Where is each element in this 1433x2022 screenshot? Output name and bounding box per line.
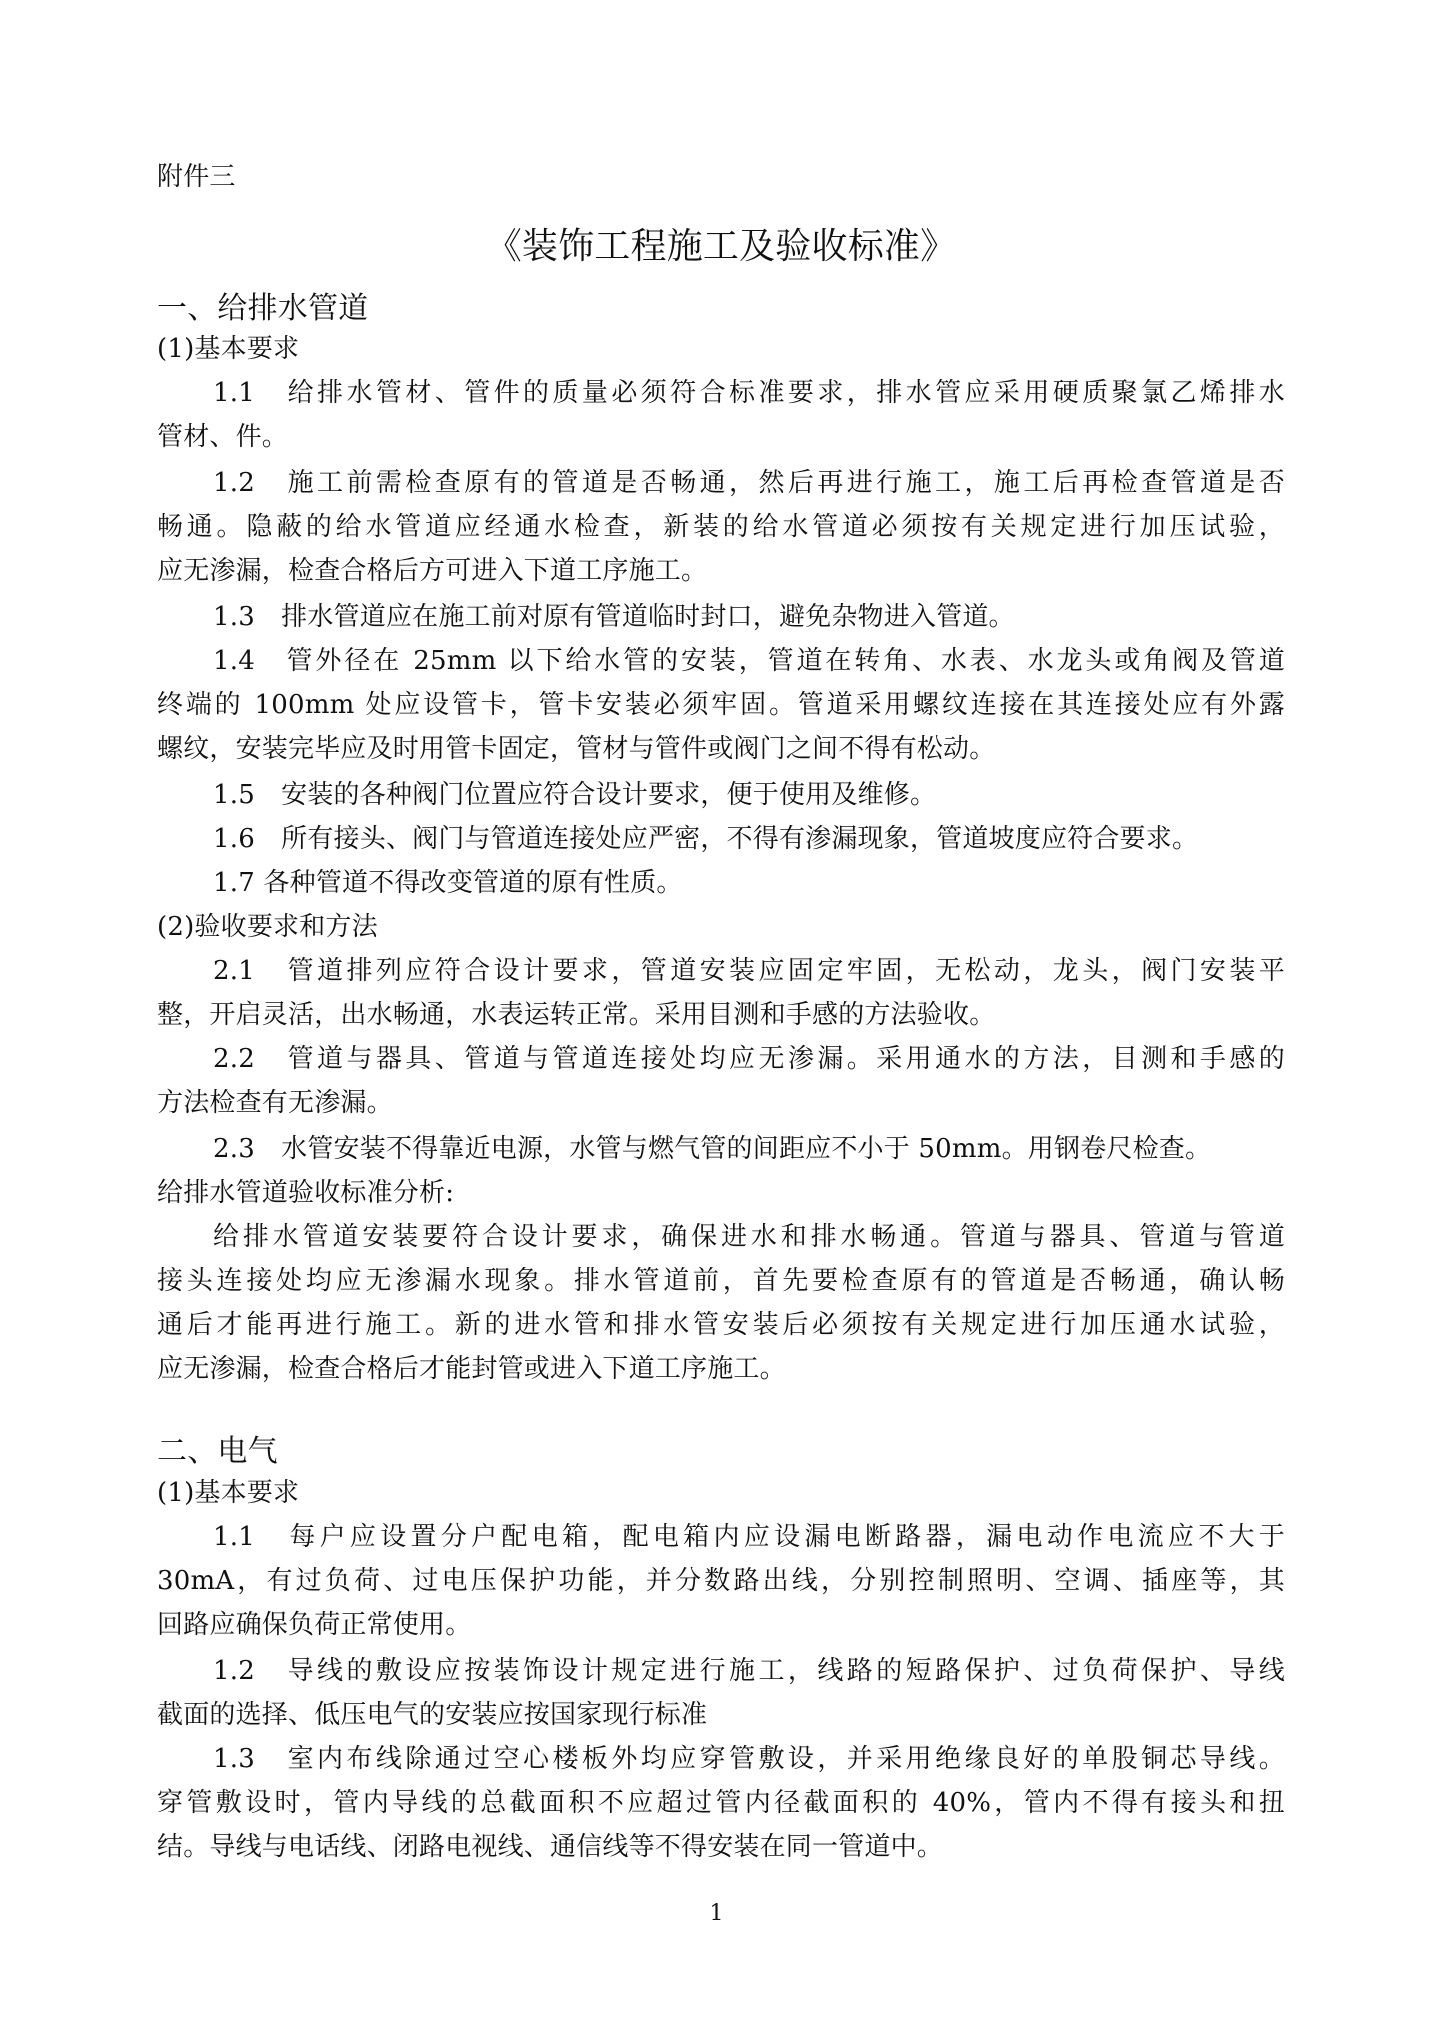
clause-line: 1.2 导线的敷设应按装饰设计规定进行施工，线路的短路保护、过负荷保护、导线	[213, 1654, 1285, 1688]
clause-line: 回路应确保负荷正常使用。	[157, 1608, 471, 1642]
clause-line: 管材、件。	[157, 420, 288, 454]
clause-line: 1.3 室内布线除通过空心楼板外均应穿管敷设，并采用绝缘良好的单股铜芯导线。	[213, 1742, 1285, 1776]
document-page: 附件三 《装饰工程施工及验收标准》 一、给排水管道 (1)基本要求 1.1 给排…	[0, 0, 1433, 2022]
clause-line: 螺纹，安装完毕应及时用管卡固定，管材与管件或阀门之间不得有松动。	[157, 732, 995, 766]
clause-line: 终端的 100mm 处应设管卡，管卡安装必须牢固。管道采用螺纹连接在其连接处应有…	[157, 688, 1285, 722]
clause-line: 1.6 所有接头、阀门与管道连接处应严密，不得有渗漏现象，管道坡度应符合要求。	[213, 822, 1198, 856]
attachment-label: 附件三	[157, 160, 236, 194]
clause-line: 1.7 各种管道不得改变管道的原有性质。	[213, 866, 683, 900]
clause-line: 30mA，有过负荷、过电压保护功能，并分数路出线，分别控制照明、空调、插座等，其	[157, 1564, 1285, 1598]
clause-line: 1.4 管外径在 25mm 以下给水管的安装，管道在转角、水表、水龙头或角阀及管…	[213, 644, 1285, 678]
clause-line: 应无渗漏，检查合格后方可进入下道工序施工。	[157, 554, 707, 588]
clause-line: 结。导线与电话线、闭路电视线、通信线等不得安装在同一管道中。	[157, 1830, 943, 1864]
subsection-heading-basic-requirements: (1)基本要求	[157, 332, 299, 366]
clause-line: 1.1 每户应设置分户配电箱，配电箱内应设漏电断路器，漏电动作电流应不大于	[213, 1520, 1285, 1554]
analysis-line: 给排水管道安装要符合设计要求，确保进水和排水畅通。管道与器具、管道与管道	[213, 1220, 1285, 1254]
analysis-line: 应无渗漏，检查合格后才能封管或进入下道工序施工。	[157, 1352, 786, 1386]
clause-line: 穿管敷设时，管内导线的总截面积不应超过管内径截面积的 40%，管内不得有接头和扭	[157, 1786, 1285, 1820]
analysis-heading: 给排水管道验收标准分析:	[157, 1176, 454, 1210]
clause-line: 2.3 水管安装不得靠近电源，水管与燃气管的间距应不小于 50mm。用钢卷尺检查…	[213, 1132, 1211, 1166]
clause-line: 1.2 施工前需检查原有的管道是否畅通，然后再进行施工，施工后再检查管道是否	[213, 466, 1285, 500]
section-heading-plumbing: 一、给排水管道	[157, 290, 368, 328]
subsection-heading-acceptance: (2)验收要求和方法	[157, 910, 378, 944]
clause-line: 方法检查有无渗漏。	[157, 1086, 393, 1120]
clause-line: 2.1 管道排列应符合设计要求，管道安装应固定牢固，无松动，龙头，阀门安装平	[213, 954, 1285, 988]
clause-line: 2.2 管道与器具、管道与管道连接处均应无渗漏。采用通水的方法，目测和手感的	[213, 1042, 1285, 1076]
clause-line: 截面的选择、低压电气的安装应按国家现行标准	[157, 1698, 707, 1732]
subsection-heading-basic-requirements: (1)基本要求	[157, 1476, 299, 1510]
clause-line: 1.5 安装的各种阀门位置应符合设计要求，便于使用及维修。	[213, 778, 936, 812]
page-number: 1	[0, 1900, 1433, 1928]
document-title: 《装饰工程施工及验收标准》	[157, 225, 1285, 269]
clause-line: 整，开启灵活，出水畅通，水表运转正常。采用目测和手感的方法验收。	[157, 998, 995, 1032]
clause-line: 畅通。隐蔽的给水管道应经通水检查，新装的给水管道必须按有关规定进行加压试验，	[157, 510, 1285, 544]
clause-line: 1.3 排水管道应在施工前对原有管道临时封口，避免杂物进入管道。	[213, 600, 1015, 634]
analysis-line: 接头连接处均应无渗漏水现象。排水管道前，首先要检查原有的管道是否畅通，确认畅	[157, 1264, 1285, 1298]
analysis-line: 通后才能再进行施工。新的进水管和排水管安装后必须按有关规定进行加压通水试验，	[157, 1308, 1285, 1342]
section-heading-electrical: 二、电气	[157, 1433, 278, 1471]
clause-line: 1.1 给排水管材、管件的质量必须符合标准要求，排水管应采用硬质聚氯乙烯排水	[213, 376, 1285, 410]
